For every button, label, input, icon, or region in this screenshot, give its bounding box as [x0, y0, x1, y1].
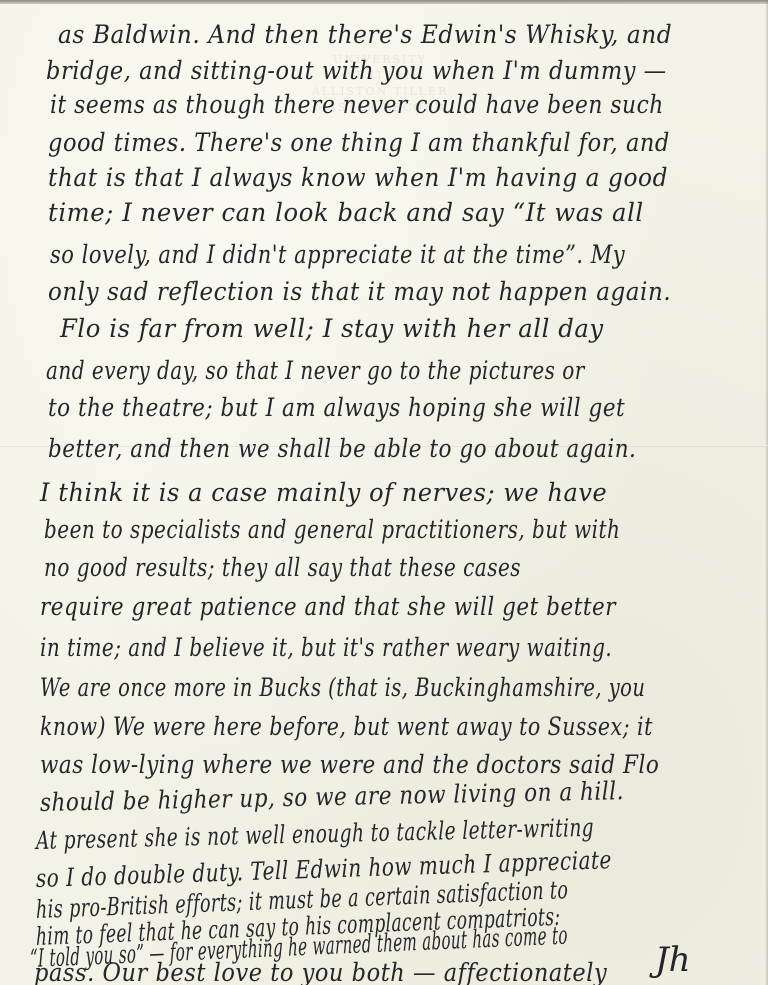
letter-line: good times. There's one thing I am thank…: [48, 128, 692, 157]
letter-line: and every day, so that I never go to the…: [46, 356, 618, 385]
letter-line: in time; and I believe it, but it's rath…: [40, 633, 612, 662]
letter-line: was low-lying where we were and the doct…: [40, 750, 655, 779]
letter-line: require great patience and that she will…: [40, 592, 655, 621]
letter-line: We are once more in Bucks (that is, Buck…: [40, 673, 598, 702]
letter-line: pass. Our best love to you both — affect…: [34, 958, 678, 985]
letter-line: I think it is a case mainly of nerves; w…: [40, 478, 726, 507]
letter-line: no good results; they all say that these…: [44, 553, 616, 582]
letter-line: bridge, and sitting-out with you when I'…: [46, 56, 690, 85]
letter-line: only sad reflection is that it may not h…: [48, 277, 706, 306]
letter-line: know) We were here before, but went away…: [40, 712, 626, 741]
signature-initials: Jh: [655, 940, 691, 980]
letter-body: as Baldwin. And then there's Edwin's Whi…: [0, 0, 768, 985]
letter-line: as Baldwin. And then there's Edwin's Whi…: [58, 20, 723, 49]
letter-line: should be higher up, so we are now livin…: [40, 776, 655, 817]
letter-line: time; I never can look back and say “It …: [48, 198, 742, 227]
letter-line: been to specialists and general practiti…: [44, 515, 616, 544]
letter-line: so lovely, and I didn't appreciate it at…: [50, 240, 651, 269]
letter-page: UNIVERSITY WESTERN ALLISTON TILLER MASTE…: [0, 0, 768, 985]
letter-line: better, and then we shall be able to go …: [48, 434, 663, 463]
letter-line: it seems as though there never could hav…: [50, 90, 672, 119]
letter-line: Flo is far from well; I stay with her al…: [60, 314, 754, 343]
letter-line: that is that I always know when I'm havi…: [48, 163, 713, 192]
letter-line: to the theatre; but I am always hoping s…: [48, 393, 663, 422]
